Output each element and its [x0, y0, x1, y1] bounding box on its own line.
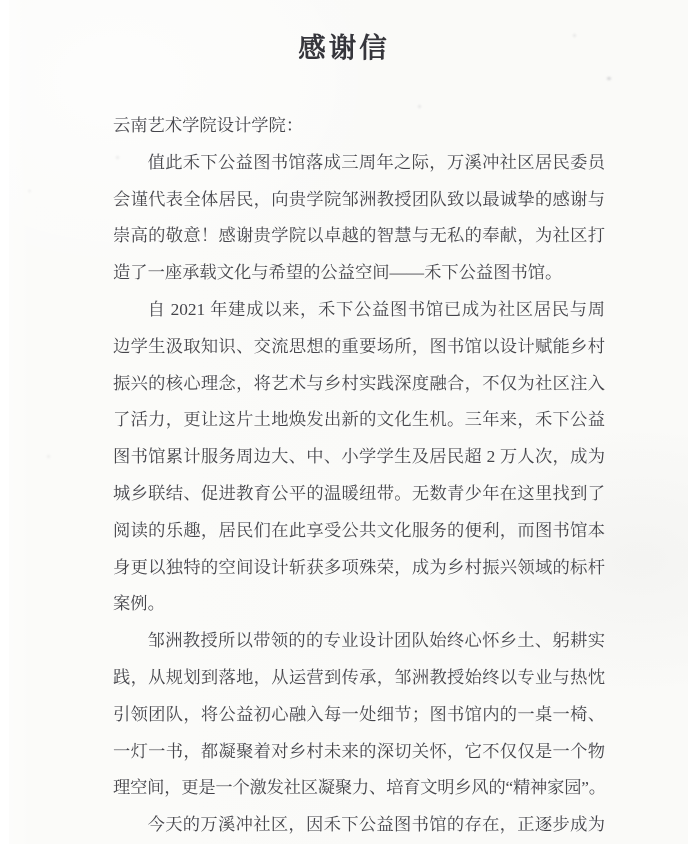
paragraph-4: 今天的万溪冲社区，因禾下公益图书馆的存在，正逐步成为 — [113, 807, 605, 844]
paragraph-1: 值此禾下公益图书馆落成三周年之际，万溪冲社区居民委员 会谨代表全体居民，向贵学院… — [113, 145, 605, 292]
letter-line: 邹洲教授所以带领的的专业设计团队始终心怀乡土、躬耕实 — [113, 623, 605, 660]
scan-speck — [47, 455, 50, 458]
letter-line: 值此禾下公益图书馆落成三周年之际，万溪冲社区居民委员 — [113, 145, 605, 182]
letter-title: 感谢信 — [0, 31, 688, 65]
letter-line: 会谨代表全体居民，向贵学院邹洲教授团队致以最诚挚的感谢与 — [113, 182, 605, 219]
paragraph-2: 自 2021 年建成以来，禾下公益图书馆已成为社区居民与周 边学生汲取知识、交流… — [113, 292, 605, 623]
scan-speck — [573, 34, 576, 37]
letter-line: 崇高的敬意！感谢贵学院以卓越的智慧与无私的奉献，为社区打 — [113, 218, 605, 255]
letter-line: 案例。 — [113, 586, 605, 623]
scanned-letter-page: 感谢信 云南艺术学院设计学院： 值此禾下公益图书馆落成三周年之际，万溪冲社区居民… — [0, 0, 688, 844]
letter-line: 今天的万溪冲社区，因禾下公益图书馆的存在，正逐步成为 — [113, 807, 605, 844]
letter-line: 自 2021 年建成以来，禾下公益图书馆已成为社区居民与周 — [113, 292, 605, 329]
letter-salutation: 云南艺术学院设计学院： — [113, 108, 605, 145]
letter-line: 造了一座承载文化与希望的公益空间——禾下公益图书馆。 — [113, 255, 605, 292]
scan-speck — [418, 105, 421, 108]
letter-line: 引领团队，将公益初心融入每一处细节；图书馆内的一桌一椅、 — [113, 697, 605, 734]
letter-line: 一灯一书，都凝聚着对乡村未来的深切关怀，它不仅仅是一个物 — [113, 734, 605, 771]
letter-line: 阅读的乐趣，居民们在此享受公共文化服务的便利，而图书馆本 — [113, 513, 605, 550]
scan-speck — [28, 190, 31, 192]
letter-line: 边学生汲取知识、交流思想的重要场所，图书馆以设计赋能乡村 — [113, 329, 605, 366]
letter-line: 践，从规划到落地，从运营到传承，邹洲教授始终以专业与热忱 — [113, 660, 605, 697]
scan-speck — [607, 77, 611, 80]
letter-line: 城乡联结、促进教育公平的温暖纽带。无数青少年在这里找到了 — [113, 476, 605, 513]
letter-line: 振兴的核心理念，将艺术与乡村实践深度融合，不仅为社区注入 — [113, 366, 605, 403]
letter-line: 理空间，更是一个激发社区凝聚力、培育文明乡风的“精神家园”。 — [113, 770, 605, 807]
letter-line: 了活力，更让这片土地焕发出新的文化生机。三年来，禾下公益 — [113, 402, 605, 439]
letter-line: 身更以独特的空间设计斩获多项殊荣，成为乡村振兴领域的标杆 — [113, 550, 605, 587]
letter-body: 云南艺术学院设计学院： 值此禾下公益图书馆落成三周年之际，万溪冲社区居民委员 会… — [113, 108, 605, 844]
letter-line: 图书馆累计服务周边大、中、小学学生及居民超 2 万人次，成为 — [113, 439, 605, 476]
paragraph-3: 邹洲教授所以带领的的专业设计团队始终心怀乡土、躬耕实 践，从规划到落地，从运营到… — [113, 623, 605, 807]
scan-speck — [116, 156, 119, 159]
